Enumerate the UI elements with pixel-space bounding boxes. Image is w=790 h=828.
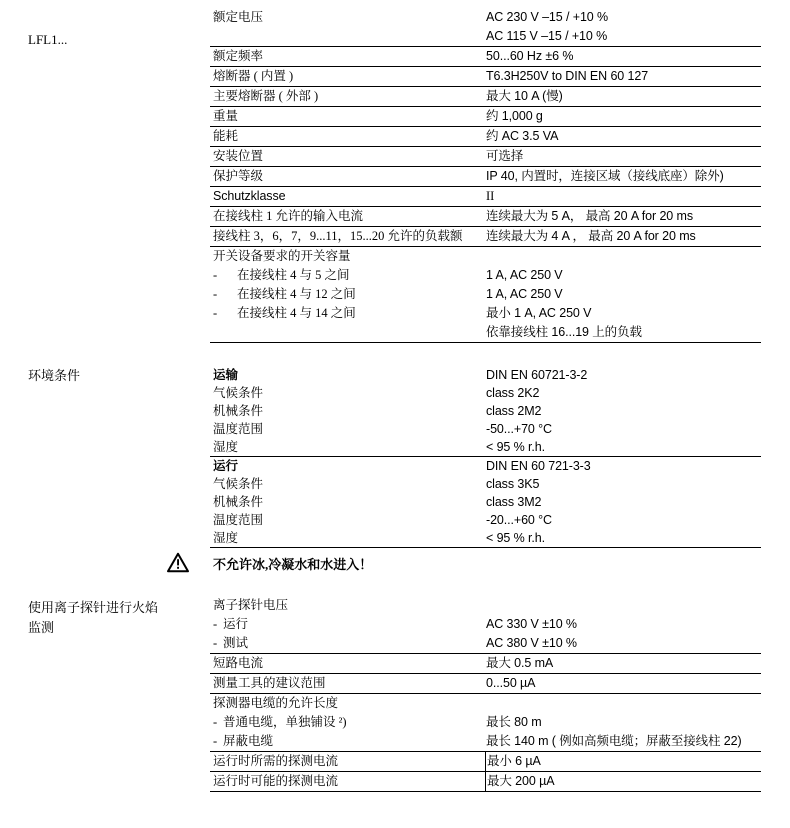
param-value: 最小 6 µA [485,752,761,771]
table-row: -在接线柱 4 与 14 之间最小 1 A, AC 250 V [210,304,761,323]
param-label: 开关设备要求的开关容量 [210,247,485,266]
table-row: 依靠接线柱 16...19 上的负载 [210,323,761,343]
dash-bullet: - [213,713,223,732]
table-row: 接线柱 3，6，7，9...11，15...20 允许的负载额连续最大为 4 A… [210,227,761,247]
param-label-text: 测试 [223,636,248,650]
param-label: 离子探针电压 [210,596,485,615]
param-label: 测量工具的建议范围 [210,674,485,693]
param-value: 1 A, AC 250 V [485,285,761,304]
value-line: II [486,187,761,206]
param-label: -普通电缆，单独铺设 ²) [210,713,485,732]
value-line: 1 A, AC 250 V [486,266,761,285]
param-label: -在接线柱 4 与 5 之间 [210,266,485,285]
table-row: 湿度< 95 % r.h. [210,438,761,457]
param-label: -在接线柱 4 与 14 之间 [210,304,485,323]
param-label-text: 在接线柱 4 与 14 之间 [237,306,356,320]
param-label: Schutzklasse [210,187,485,206]
datasheet-page: LFL1... 额定电压AC 230 V –15 / +10 %AC 115 V… [0,0,790,828]
param-label: 运行 [210,457,485,475]
param-value: DIN EN 60 721-3-3 [485,457,761,475]
param-label: 气候条件 [210,475,485,493]
param-value: 最长 140 m ( 例如高频电缆；屏蔽至接线柱 22) [485,732,761,751]
table-row: -普通电缆，单独铺设 ²)最长 80 m [210,713,761,732]
table-row: -屏蔽电缆最长 140 m ( 例如高频电缆；屏蔽至接线柱 22) [210,732,761,752]
param-value: 连续最大为 5 A， 最高 20 A for 20 ms [485,207,761,226]
dash-bullet: - [213,615,223,634]
param-label-text: 在接线柱 4 与 12 之间 [237,287,356,301]
dash-bullet: - [213,732,223,751]
param-label: 短路电流 [210,654,485,673]
param-label: 机械条件 [210,402,485,420]
table-row: SchutzklasseII [210,187,761,207]
section-side-label: 使用离子探针进行火焰监测 [28,598,158,638]
value-line: 最大 0.5 mA [486,654,761,673]
param-label-text: 机械条件 [213,404,263,418]
param-label: 运输 [210,366,485,384]
param-value: class 3M2 [485,493,761,511]
param-label: -运行 [210,615,485,634]
param-label-text: 开关设备要求的开关容量 [213,249,351,263]
value-line: 最小 6 µA [487,752,761,771]
value-line: class 3M2 [486,493,761,511]
param-label: 在接线柱 1 允许的输入电流 [210,207,485,226]
table-row: 运输DIN EN 60721-3-2 [210,366,761,384]
param-label: 温度范围 [210,511,485,529]
value-line: 最大 10 A (慢) [486,87,761,106]
spec-table: 运输DIN EN 60721-3-2气候条件class 2K2机械条件class… [210,366,761,548]
param-value: AC 230 V –15 / +10 %AC 115 V –15 / +10 % [485,8,761,46]
section-side-label: 环境条件 [28,366,80,386]
table-row: -运行AC 330 V ±10 % [210,615,761,634]
param-label-text: 运行 [213,459,238,473]
value-line: 连续最大为 5 A， 最高 20 A for 20 ms [486,207,761,226]
param-label [210,323,485,342]
param-label-text: 安装位置 [213,149,263,163]
param-label-text: 主要熔断器 ( 外部 ) [213,89,318,103]
param-label: 保护等级 [210,167,485,186]
table-row: 额定电压AC 230 V –15 / +10 %AC 115 V –15 / +… [210,8,761,47]
value-line: class 2M2 [486,402,761,420]
param-label: 额定频率 [210,47,485,66]
param-value: 依靠接线柱 16...19 上的负载 [485,323,761,342]
section-side-label: LFL1... [28,30,67,50]
param-value: 0...50 µA [485,674,761,693]
value-line: AC 330 V ±10 % [486,615,761,634]
param-label: 温度范围 [210,420,485,438]
param-label: 机械条件 [210,493,485,511]
param-value: class 3K5 [485,475,761,493]
param-label-text: 湿度 [213,531,238,545]
param-value: -20...+60 °C [485,511,761,529]
param-label: 主要熔断器 ( 外部 ) [210,87,485,106]
value-line: -20...+60 °C [486,511,761,529]
param-value [485,694,761,713]
param-label-text: 温度范围 [213,422,263,436]
table-row: 运行时所需的探测电流最小 6 µA [210,752,761,772]
param-label-text: 气候条件 [213,386,263,400]
param-value: IP 40, 内置时，连接区域（接线底座）除外) [485,167,761,186]
param-label-text: 在接线柱 4 与 5 之间 [237,268,350,282]
param-label-text: 探测器电缆的允许长度 [213,696,338,710]
param-label-text: 能耗 [213,129,238,143]
param-value: 50...60 Hz ±6 % [485,47,761,66]
table-row: 机械条件class 2M2 [210,402,761,420]
table-row: 气候条件class 3K5 [210,475,761,493]
table-row: 机械条件class 3M2 [210,493,761,511]
value-line: 50...60 Hz ±6 % [486,47,761,66]
param-value: 最长 80 m [485,713,761,732]
value-line: class 2K2 [486,384,761,402]
value-line: 最大 200 µA [487,772,761,791]
param-value: AC 380 V ±10 % [485,634,761,653]
side-label-line: 使用离子探针进行火焰 [28,598,158,618]
table-row: 测量工具的建议范围0...50 µA [210,674,761,694]
table-row: 湿度< 95 % r.h. [210,529,761,548]
group-header-row: 开关设备要求的开关容量 [210,247,761,266]
spec-table: 离子探针电压-运行AC 330 V ±10 %-测试AC 380 V ±10 %… [210,596,761,792]
warning-note: 不允许冰,冷凝水和水进入！ [0,550,790,580]
param-label: 湿度 [210,529,485,547]
param-label: 安装位置 [210,147,485,166]
table-row: -在接线柱 4 与 12 之间1 A, AC 250 V [210,285,761,304]
value-line: 1 A, AC 250 V [486,285,761,304]
value-line: < 95 % r.h. [486,438,761,456]
value-line: 0...50 µA [486,674,761,693]
value-line: 约 1,000 g [486,107,761,126]
value-line: -50...+70 °C [486,420,761,438]
param-label-text: 普通电缆，单独铺设 ²) [223,715,347,729]
value-line: DIN EN 60721-3-2 [486,366,761,384]
param-value: 最大 200 µA [485,772,761,791]
param-value: class 2K2 [485,384,761,402]
param-value: 最大 0.5 mA [485,654,761,673]
value-line: AC 230 V –15 / +10 % [486,8,761,27]
table-row: 运行时可能的探测电流最大 200 µA [210,772,761,792]
param-label-text: 湿度 [213,440,238,454]
param-label: 重量 [210,107,485,126]
param-label-text: 额定频率 [213,49,263,63]
param-label: 探测器电缆的允许长度 [210,694,485,713]
table-row: 气候条件class 2K2 [210,384,761,402]
table-row: 在接线柱 1 允许的输入电流连续最大为 5 A， 最高 20 A for 20 … [210,207,761,227]
table-row: 温度范围-50...+70 °C [210,420,761,438]
value-line: 连续最大为 4 A ， 最高 20 A for 20 ms [486,227,761,246]
param-label: 气候条件 [210,384,485,402]
table-row: 短路电流最大 0.5 mA [210,654,761,674]
param-label: 能耗 [210,127,485,146]
param-value: T6.3H250V to DIN EN 60 127 [485,67,761,86]
value-line: 可选择 [486,147,761,166]
value-line: 最长 140 m ( 例如高频电缆；屏蔽至接线柱 22) [486,732,761,751]
param-value: II [485,187,761,206]
param-label: 接线柱 3，6，7，9...11，15...20 允许的负载额 [210,227,485,246]
value-line: DIN EN 60 721-3-3 [486,457,761,475]
value-line: IP 40, 内置时，连接区域（接线底座）除外) [486,167,761,186]
param-label-text: 在接线柱 1 允许的输入电流 [213,209,363,223]
table-row: 熔断器 ( 内置 )T6.3H250V to DIN EN 60 127 [210,67,761,87]
value-line: 最长 80 m [486,713,761,732]
value-line: 约 AC 3.5 VA [486,127,761,146]
param-value: 1 A, AC 250 V [485,266,761,285]
param-label: 湿度 [210,438,485,456]
dash-bullet: - [213,634,223,653]
param-label-text: 运行时可能的探测电流 [213,774,338,788]
value-line: class 3K5 [486,475,761,493]
param-value [485,247,761,266]
param-label-text: 运行时所需的探测电流 [213,754,338,768]
param-label: 运行时可能的探测电流 [210,772,485,791]
param-label-text: 屏蔽电缆 [223,734,273,748]
param-label: -在接线柱 4 与 12 之间 [210,285,485,304]
param-label-text: 机械条件 [213,495,263,509]
table-row: -在接线柱 4 与 5 之间1 A, AC 250 V [210,266,761,285]
param-label-text: 接线柱 3，6，7，9...11，15...20 允许的负载额 [213,229,463,243]
param-label: 运行时所需的探测电流 [210,752,485,771]
param-label-text: 气候条件 [213,477,263,491]
param-value: 最大 10 A (慢) [485,87,761,106]
side-label-line: 监测 [28,618,158,638]
param-value: 连续最大为 4 A ， 最高 20 A for 20 ms [485,227,761,246]
param-value: -50...+70 °C [485,420,761,438]
param-label-text: 短路电流 [213,656,263,670]
value-line: AC 380 V ±10 % [486,634,761,653]
param-label: -测试 [210,634,485,653]
table-row: 运行DIN EN 60 721-3-3 [210,457,761,475]
param-value: class 2M2 [485,402,761,420]
param-value: 约 1,000 g [485,107,761,126]
table-row: 重量约 1,000 g [210,107,761,127]
value-line: 依靠接线柱 16...19 上的负载 [486,323,761,342]
param-label-text: 保护等级 [213,169,263,183]
group-header-row: 探测器电缆的允许长度 [210,694,761,713]
param-label-text: 熔断器 ( 内置 ) [213,69,293,83]
param-label-text: 运行 [223,617,248,631]
param-label-text: 测量工具的建议范围 [213,676,326,690]
param-value: DIN EN 60721-3-2 [485,366,761,384]
param-label: -屏蔽电缆 [210,732,485,751]
param-value: < 95 % r.h. [485,438,761,456]
param-value: < 95 % r.h. [485,529,761,547]
param-label-text: 额定电压 [213,10,263,24]
side-label-line: LFL1... [28,30,67,50]
param-value: AC 330 V ±10 % [485,615,761,634]
param-label-text: 运输 [213,368,238,382]
value-line: AC 115 V –15 / +10 % [486,27,761,46]
value-line: < 95 % r.h. [486,529,761,547]
param-value [485,596,761,615]
table-row: 保护等级IP 40, 内置时，连接区域（接线底座）除外) [210,167,761,187]
param-label: 熔断器 ( 内置 ) [210,67,485,86]
table-row: 安装位置可选择 [210,147,761,167]
warning-text: 不允许冰,冷凝水和水进入！ [213,554,372,573]
param-label-text: Schutzklasse [213,189,285,203]
param-label-text: 重量 [213,109,238,123]
dash-bullet: - [213,285,237,304]
param-label-text: 温度范围 [213,513,263,527]
warning-triangle-icon [167,552,189,577]
param-value: 最小 1 A, AC 250 V [485,304,761,323]
dash-bullet: - [213,304,237,323]
spec-table: 额定电压AC 230 V –15 / +10 %AC 115 V –15 / +… [210,8,761,343]
table-row: 温度范围-20...+60 °C [210,511,761,529]
side-label-line: 环境条件 [28,366,80,386]
table-row: 额定频率50...60 Hz ±6 % [210,47,761,67]
table-row: 能耗约 AC 3.5 VA [210,127,761,147]
table-row: -测试AC 380 V ±10 % [210,634,761,654]
group-header-row: 离子探针电压 [210,596,761,615]
param-label: 额定电压 [210,8,485,46]
value-line: T6.3H250V to DIN EN 60 127 [486,67,761,86]
dash-bullet: - [213,266,237,285]
param-value: 可选择 [485,147,761,166]
table-row: 主要熔断器 ( 外部 )最大 10 A (慢) [210,87,761,107]
param-value: 约 AC 3.5 VA [485,127,761,146]
param-label-text: 离子探针电压 [213,598,288,612]
value-line: 最小 1 A, AC 250 V [486,304,761,323]
